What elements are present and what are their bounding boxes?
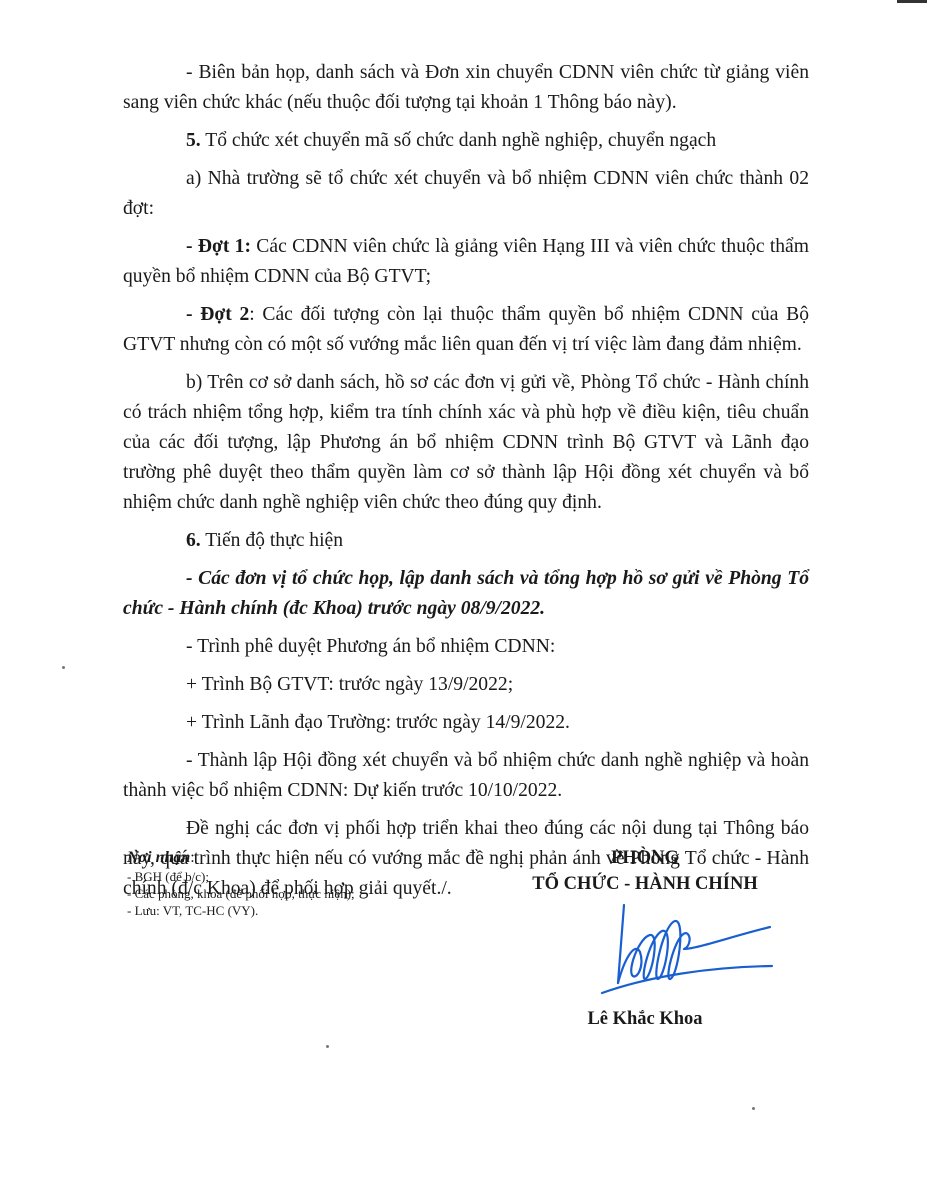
paragraph-round-1: - Đợt 1: Các CDNN viên chức là giảng viê… [123,232,809,292]
recipients-title: Nơi nhận: [127,848,355,868]
round-label: - Đợt 1: [186,236,251,257]
paragraph-approval: - Trình phê duyệt Phương án bổ nhiệm CDN… [123,632,809,662]
signing-org-line2: TỔ CHỨC - HÀNH CHÍNH [500,871,790,897]
recipient-item: - BGH (để b/c); [127,868,355,885]
text: b) Trên cơ sở danh sách, hồ sơ các đơn v… [123,372,809,513]
recipient-item: - Lưu: VT, TC-HC (VY). [127,902,355,919]
signature-block: PHÒNG TỔ CHỨC - HÀNH CHÍNH Lê Khắc Khoa [500,845,790,1032]
text: - Các đơn vị tổ chức họp, lập danh sách … [123,568,809,619]
section-number: 6. [186,530,201,551]
text: - Trình phê duyệt Phương án bổ nhiệm CDN… [186,636,555,657]
recipient-item: - Các phòng, khoa (để phối hợp, thực hiệ… [127,885,355,902]
handwritten-signature [500,897,790,1002]
text: - Biên bản họp, danh sách và Đơn xin chu… [123,62,809,113]
document-body: - Biên bản họp, danh sách và Đơn xin chu… [123,58,809,912]
text: + Trình Lãnh đạo Trường: trước ngày 14/9… [186,712,570,733]
round-label: - Đợt 2 [186,304,249,325]
recipients-title-text: Nơi nhận [127,849,190,866]
text: + Trình Bộ GTVT: trước ngày 13/9/2022; [186,674,513,695]
section-number: 5. [186,130,201,151]
paragraph-5b: b) Trên cơ sở danh sách, hồ sơ các đơn v… [123,368,809,518]
paragraph-attachment-minutes: - Biên bản họp, danh sách và Đơn xin chu… [123,58,809,118]
paragraph-deadline-submission: - Các đơn vị tổ chức họp, lập danh sách … [123,564,809,624]
section-title: Tiến độ thực hiện [201,530,343,551]
scan-speck [752,1107,755,1110]
paragraph-round-2: - Đợt 2: Các đối tượng còn lại thuộc thẩ… [123,300,809,360]
signing-org-line1: PHÒNG [500,845,790,871]
text: - Thành lập Hội đồng xét chuyển và bổ nh… [123,750,809,801]
scan-speck [326,1045,329,1048]
section-title: Tổ chức xét chuyển mã số chức danh nghề … [201,130,716,151]
paragraph-council: - Thành lập Hội đồng xét chuyển và bổ nh… [123,746,809,806]
paragraph-approval-ministry: + Trình Bộ GTVT: trước ngày 13/9/2022; [123,670,809,700]
signature-icon [500,897,790,1002]
paragraph-5a: a) Nhà trường sẽ tổ chức xét chuyển và b… [123,164,809,224]
signer-name: Lê Khắc Khoa [500,1006,790,1032]
section-5-heading: 5. Tổ chức xét chuyển mã số chức danh ng… [123,126,809,156]
paragraph-approval-school: + Trình Lãnh đạo Trường: trước ngày 14/9… [123,708,809,738]
recipients-block: Nơi nhận: - BGH (để b/c); - Các phòng, k… [127,848,355,919]
scan-speck [62,666,65,669]
scan-edge-mark [897,0,927,3]
section-6-heading: 6. Tiến độ thực hiện [123,526,809,556]
text: a) Nhà trường sẽ tổ chức xét chuyển và b… [123,168,809,219]
colon: : [190,849,194,866]
